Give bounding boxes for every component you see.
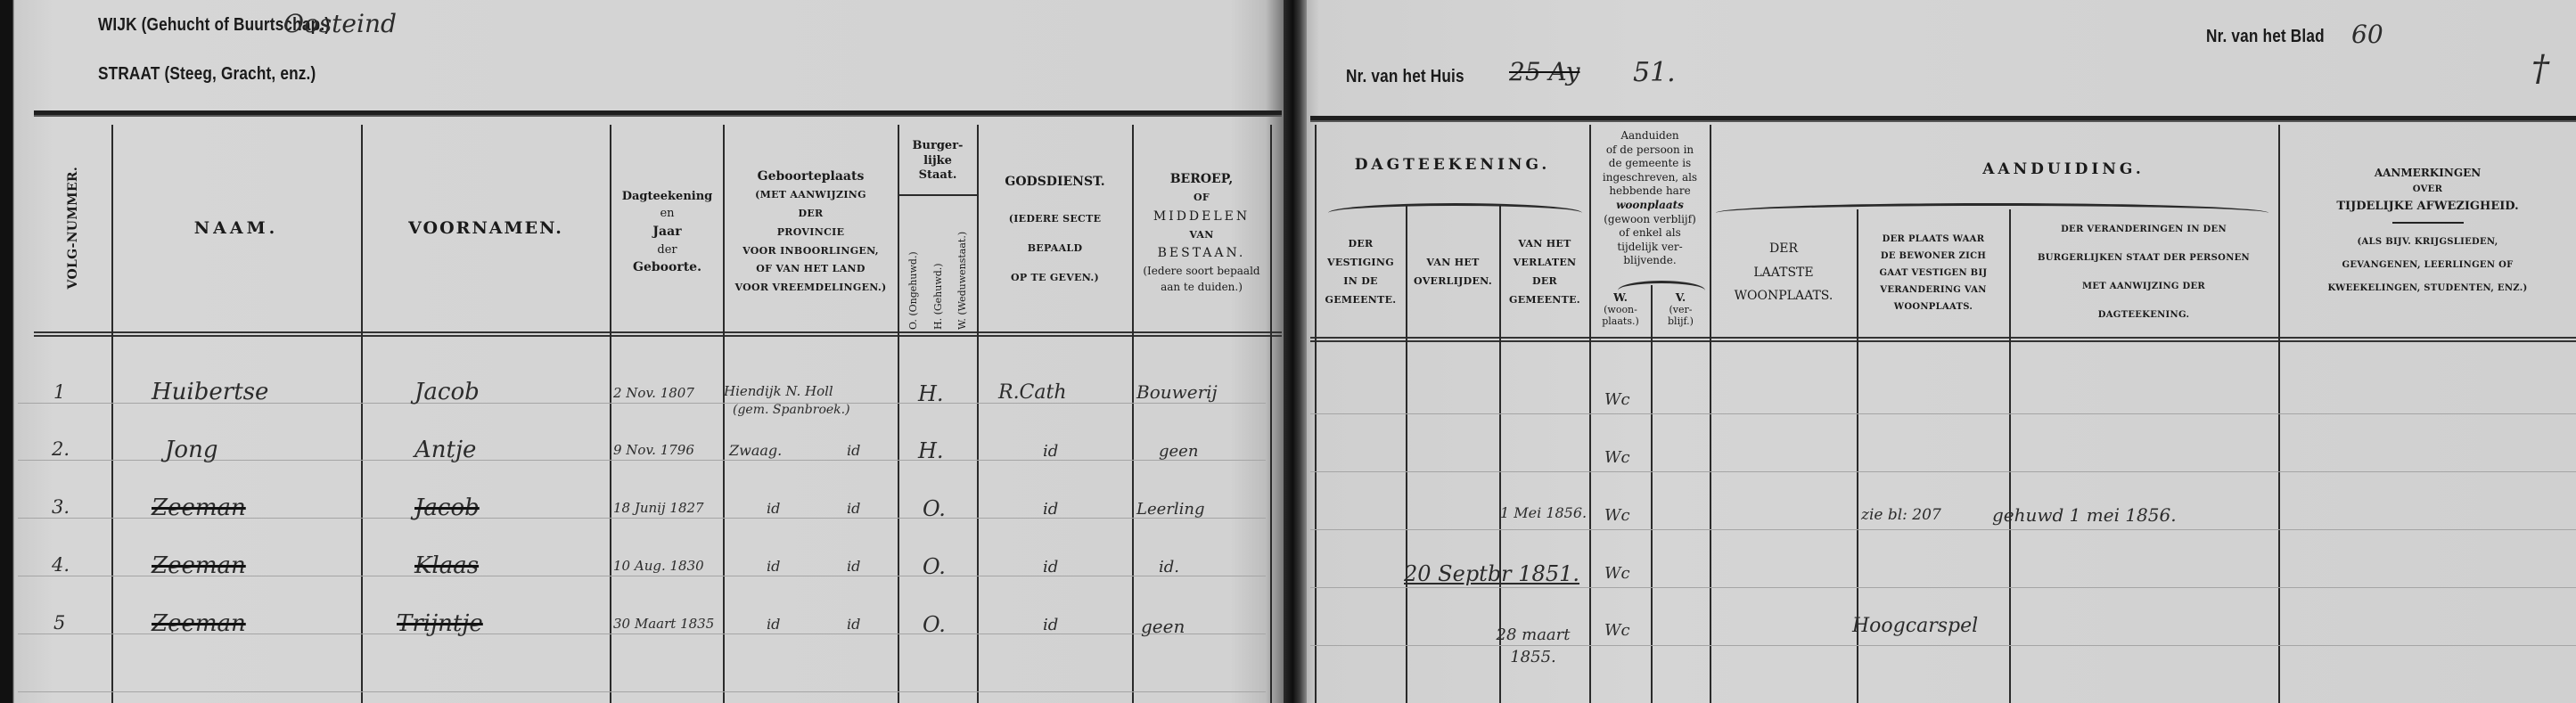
row4-voornamen: Klaas [361,552,566,579]
wijk-value: Oosteind [283,9,397,38]
row3-voornamen: Jacob [361,495,566,521]
header-v-verblijf: V. (ver- blijf.) [1652,287,1710,331]
top-rule-right [1310,116,2576,122]
row4-geboorte: 10 Aug. 1830 [613,558,704,574]
header-geboorte: Dagteekening en Jaar der Geboorte. [611,134,723,331]
row2-geboorte: 9 Nov. 1796 [613,442,694,458]
row4-geboorteplaats-id: id [847,558,860,575]
straat-label: STRAAT (Steeg, Gracht, enz.) [98,64,316,85]
top-rule-left [34,110,1282,117]
row1-naam: Huibertse [152,379,268,405]
row2-nr: 2. [52,438,70,460]
header-naam: NAAM. [111,125,361,331]
row5-wv: Wc [1604,621,1630,640]
row4-staat: O. [923,554,946,579]
header-godsdienst: GODSDIENST. (IEDERE SECTE BEPAALD OP TE … [978,134,1132,331]
row2-godsdienst: id [1043,442,1058,461]
left-page [0,0,1284,703]
row4-overlijden: 20 Septbr 1851. [1404,561,1579,586]
row5-geboorteplaats: id [767,616,780,633]
row3-nr: 3. [52,496,70,518]
corner-mark: † [2531,48,2549,89]
header-w-woonplaats: W. (woon- plaats.) [1590,287,1651,331]
header-gaat-vestigen: DER PLAATS WAAR DE BEWONER ZICH GAAT VES… [1858,214,2009,331]
row2-wv: Wc [1604,448,1630,467]
header-geboorteplaats: Geboorteplaats (MET AANWIJZING DER PROVI… [724,134,898,331]
row-line [18,691,1266,692]
ornament-rule [2392,222,2464,224]
row1-geboorteplaats: Hiendijk N. Holl [724,383,833,399]
row3-beroep: Leerling [1136,500,1205,519]
header-volgnummer: VOLG-NUMMER. [36,125,111,331]
header-dagteekening: DAGTEEKENING. [1316,134,1589,196]
header-overlijden: VAN HET OVERLIJDEN. [1407,214,1499,331]
header-veranderingen: DER VERANDERINGEN IN DEN BURGERLIJKEN ST… [2010,214,2277,331]
row1-wv: Wc [1604,390,1630,409]
row3-geboorteplaats: id [767,500,780,517]
row5-verlaten: 28 maart 1855. [1480,624,1587,668]
header-voornamen: VOORNAMEN. [361,125,611,331]
row3-geboorte: 18 Junij 1827 [613,500,704,516]
row5-staat: O. [923,612,946,637]
row-line [1310,413,2576,414]
header-aanduiden: Aanduiden of de persoon in de gemeente i… [1590,129,1710,281]
row5-geboorte: 30 Maart 1835 [613,616,714,632]
row4-geboorteplaats: id [767,558,780,575]
right-page [1284,0,2576,703]
huis-value-struck: 25 Ay [1509,57,1579,86]
staat-option-o: O. (Ongehuwd.) [907,198,922,330]
row2-naam: Jong [165,437,217,463]
header-verlaten: VAN HET VERLATEN DER GEMEENTE. [1500,214,1589,331]
row3-veranderingen: gehuwd 1 mei 1856. [1992,504,2177,526]
staat-option-w: W. (Weduwenstaat.) [956,198,971,330]
col-divider [1651,285,1653,703]
row1-geboorteplaats-gem: (gem. Spanbroek.) [733,403,850,417]
blad-label: Nr. van het Blad [2206,27,2325,47]
row2-staat: H. [918,438,944,463]
row4-nr: 4. [52,554,70,576]
header-aanduiding: AANDUIDING. [1854,134,2273,205]
row5-beroep: geen [1141,616,1185,637]
row-line [1310,529,2576,530]
row3-geboorteplaats-id: id [847,500,860,517]
row2-beroep: geen [1159,442,1198,461]
col-divider [898,125,899,703]
staat-options: O. (Ongehuwd.) H. (Gehuwd.) W. (Weduwens… [902,198,975,330]
row3-naam: Zeeman [152,495,348,521]
row2-geboorteplaats-id: id [847,442,860,459]
row5-geboorteplaats-id: id [847,616,860,633]
staat-sub-rule [898,194,978,196]
row5-nr: 5 [53,612,65,634]
header-rule-left [34,331,1282,337]
blad-value: 60 [2351,20,2383,49]
row3-godsdienst: id [1043,500,1058,519]
row1-staat: H. [918,381,944,406]
header-burgerlijke-staat: Burger- lijke Staat. [898,129,977,193]
row1-nr: 1 [53,381,65,403]
row4-godsdienst: id [1043,558,1058,576]
row-line [1310,471,2576,472]
col-divider [1270,125,1272,703]
row-line [1310,587,2576,588]
row3-staat: O. [923,496,946,521]
row2-geboorteplaats: Zwaag. [729,442,782,459]
header-aanmerkingen: AANMERKINGEN OVER TIJDELIJKE AFWEZIGHEID… [2279,134,2576,331]
row5-voornamen: Trijntje [361,610,566,637]
header-vestiging: DER VESTIGING IN DE GEMEENTE. [1316,214,1406,331]
row1-voornamen: Jacob [414,379,480,405]
row2-voornamen: Antje [414,437,476,463]
huis-label: Nr. van het Huis [1346,67,1464,87]
staat-option-h: H. (Gehuwd.) [931,198,947,330]
row5-gaat-vestigen: Hoogcarspel [1852,615,1978,637]
row4-beroep: id. [1159,558,1179,576]
row3-wv: Wc [1604,506,1630,525]
book-spine [1284,0,1307,703]
header-laatste-woonplaats: DER LAATSTE WOONPLAATS. [1710,214,1857,331]
huis-value: 51. [1633,57,1676,88]
row3-verlaten: 1 Mei 1856. [1500,504,1587,521]
row4-naam: Zeeman [152,552,348,579]
row4-wv: Wc [1604,564,1630,583]
row5-godsdienst: id [1043,616,1058,634]
row3-gaat-vestigen: zie bl: 207 [1861,506,1941,524]
header-beroep: BEROEP, OF MIDDELEN VAN BESTAAN. (Iedere… [1133,134,1270,331]
row1-geboorte: 2 Nov. 1807 [613,385,694,401]
row1-godsdienst: R.Cath [998,381,1067,404]
row1-beroep: Bouwerij [1136,381,1218,403]
row5-naam: Zeeman [152,610,348,637]
